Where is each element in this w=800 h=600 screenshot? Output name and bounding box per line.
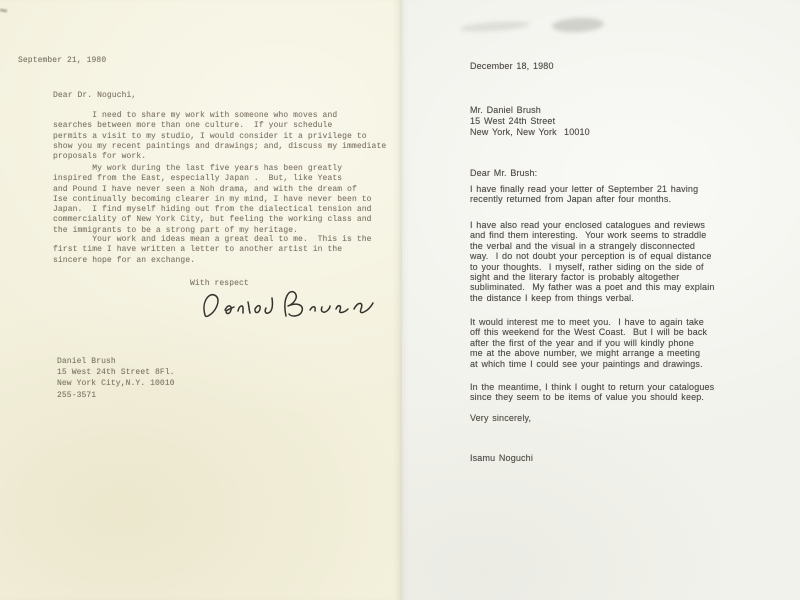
letter-from-daniel-brush: September 21, 1980 Dear Dr. Noguchi, I n… bbox=[0, 0, 402, 600]
body-paragraph: It would interest me to meet you. I have… bbox=[470, 317, 770, 369]
sender-address-block: Daniel Brush 15 West 24th Street 8Fl. Ne… bbox=[57, 357, 175, 389]
body-paragraph: In the meantime, I think I ought to retu… bbox=[470, 382, 770, 403]
typed-signature-isamu-noguchi: Isamu Noguchi bbox=[470, 453, 533, 463]
letter-date: December 18, 1980 bbox=[470, 61, 554, 71]
pencil-smudge bbox=[552, 17, 605, 34]
salutation: Dear Mr. Brush: bbox=[470, 168, 537, 178]
body-paragraph: I have also read your enclosed catalogue… bbox=[470, 220, 770, 303]
handwritten-signature-daniel-brush bbox=[198, 285, 376, 327]
letter-date: September 21, 1980 bbox=[18, 56, 106, 66]
closing-line: Very sincerely, bbox=[470, 413, 531, 423]
body-paragraph: Your work and ideas mean a great deal to… bbox=[53, 235, 402, 266]
recipient-address-block: Mr. Daniel Brush 15 West 24th Street New… bbox=[470, 105, 590, 138]
sender-phone: 255-3571 bbox=[57, 391, 96, 401]
body-paragraph: I need to share my work with someone who… bbox=[53, 111, 402, 162]
letter-from-isamu-noguchi: December 18, 1980 Mr. Daniel Brush 15 We… bbox=[402, 0, 800, 600]
body-paragraph: My work during the last five years has b… bbox=[53, 164, 402, 236]
pencil-smudge bbox=[460, 20, 530, 34]
paper-edge-mark bbox=[0, 9, 7, 13]
body-paragraph: I have finally read your letter of Septe… bbox=[470, 184, 770, 205]
salutation: Dear Dr. Noguchi, bbox=[53, 91, 136, 101]
two-letter-scan: September 21, 1980 Dear Dr. Noguchi, I n… bbox=[0, 0, 800, 600]
